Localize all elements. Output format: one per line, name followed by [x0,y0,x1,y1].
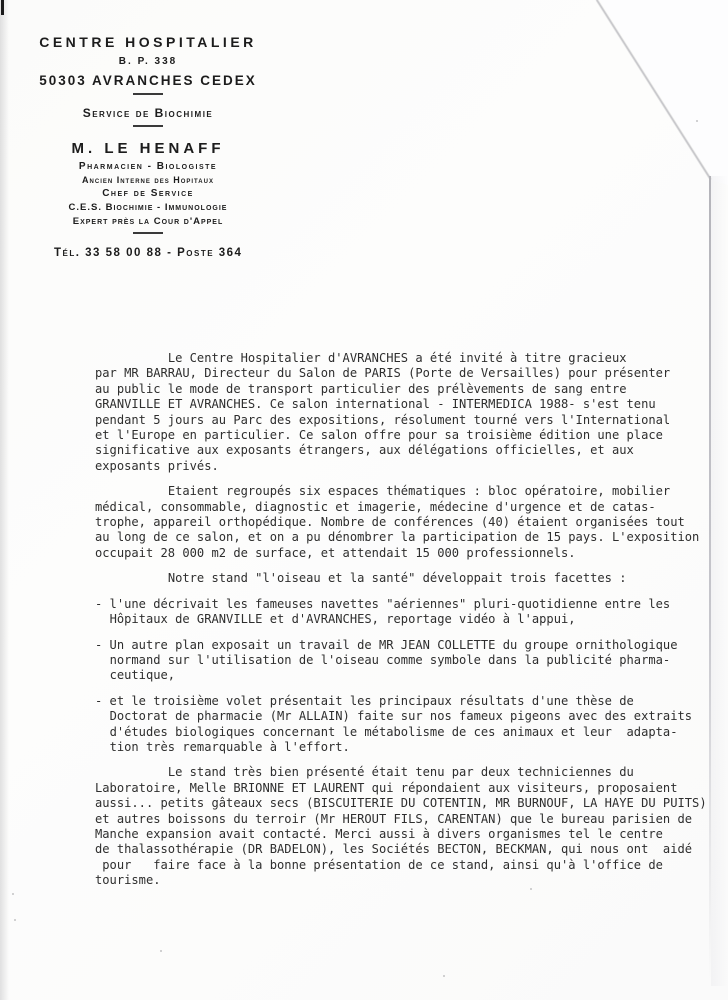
person-title: Chef de Service [33,188,263,199]
dust-speck [14,919,16,921]
paragraph: Le Centre Hospitalier d'AVRANCHES a été … [95,351,715,474]
dust-speck [160,950,162,952]
person-title: Pharmacien - Biologiste [33,161,263,172]
scan-left-edge-shadow [0,0,9,1000]
letterhead: CENTRE HOSPITALIER B. P. 338 50303 AVRAN… [33,34,263,259]
bullet-item: - et le troisième volet présentait les p… [95,694,715,756]
paragraph: Notre stand "l'oiseau et la santé" dével… [95,571,715,586]
dust-speck [696,120,698,122]
scanned-letter-page: CENTRE HOSPITALIER B. P. 338 50303 AVRAN… [0,0,728,1000]
folded-corner-area [598,0,728,185]
paragraph: Le stand très bien présenté était tenu p… [95,765,715,888]
phone-line: Tél. 33 58 00 88 - Poste 364 [33,247,263,259]
dust-speck [443,975,445,977]
scan-corner-mark [1,0,4,15]
letter-body: Le Centre Hospitalier d'AVRANCHES a été … [95,351,715,899]
service-name: Service de Biochimie [33,106,263,120]
person-title: Ancien Interne des Hopitaux [33,175,263,185]
person-name: M. LE HENAFF [33,140,263,157]
po-box: B. P. 338 [33,56,263,67]
divider-rule [133,125,163,127]
divider-rule [133,232,163,234]
bullet-item: - Un autre plan exposait un travail de M… [95,638,715,684]
bullet-item: - l'une décrivait les fameuses navettes … [95,597,715,628]
person-title: Expert près la Cour d'Appel [33,216,263,227]
address-line: 50303 AVRANCHES CEDEX [33,73,263,88]
paragraph: Etaient regroupés six espaces thématique… [95,484,715,561]
organization-name: CENTRE HOSPITALIER [33,34,263,50]
person-title: C.E.S. Biochimie - Immunologie [33,202,263,213]
divider-rule [133,93,163,95]
dust-speck [12,893,14,895]
